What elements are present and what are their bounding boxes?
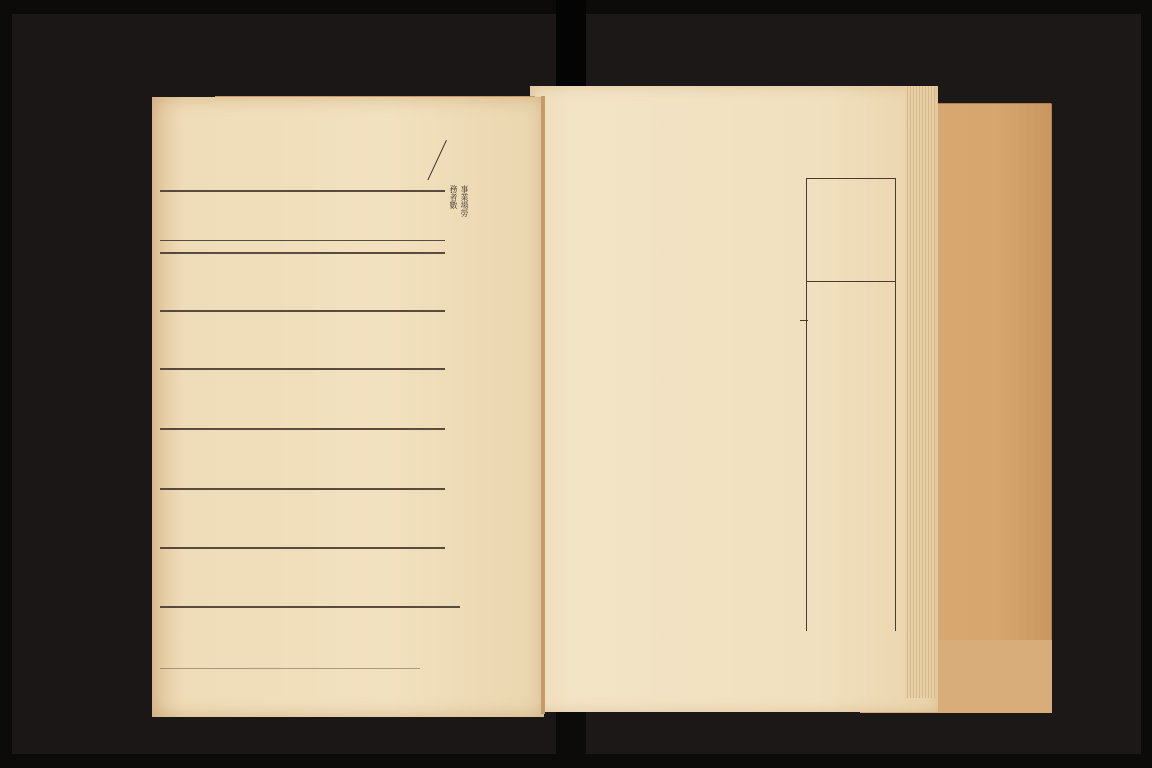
header-rule <box>160 190 445 192</box>
column-label-stamp: 事業場勞務者數 <box>440 185 470 223</box>
rule-1 <box>160 240 445 241</box>
book-gutter <box>541 96 545 714</box>
right-summary-table <box>806 178 896 631</box>
corner-header <box>440 140 474 186</box>
right-table-header <box>807 179 895 282</box>
page-stack-edge <box>905 86 935 698</box>
row-labels-column <box>448 258 472 618</box>
province-header <box>160 150 410 190</box>
right-table-rule-ext <box>800 320 808 321</box>
footnote <box>450 605 490 665</box>
dash-row <box>162 226 444 240</box>
rule-2 <box>160 252 445 254</box>
left-data-grid <box>162 255 444 675</box>
